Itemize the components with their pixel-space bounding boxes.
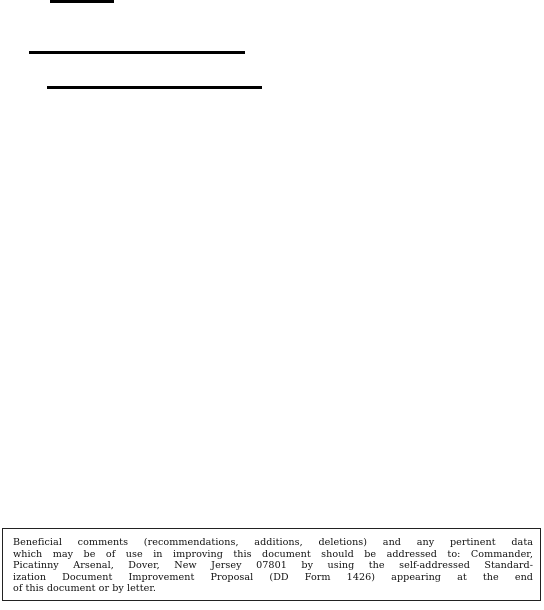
- top-short-rule: [50, 0, 114, 3]
- notice-line-2: which may be of use in improving this do…: [13, 549, 533, 561]
- comments-notice-text: Beneficial comments (recommendations, ad…: [13, 537, 533, 595]
- notice-line-3: Picatinny Arsenal, Dover, New Jersey 078…: [13, 560, 533, 572]
- notice-line-4: ization Document Improvement Proposal (D…: [13, 572, 533, 584]
- signature-line-1: [29, 51, 245, 54]
- signature-line-2: [47, 86, 262, 89]
- comments-notice-box: Beneficial comments (recommendations, ad…: [2, 528, 541, 601]
- notice-line-1: Beneficial comments (recommendations, ad…: [13, 537, 533, 549]
- notice-line-5: of this document or by letter.: [13, 583, 533, 595]
